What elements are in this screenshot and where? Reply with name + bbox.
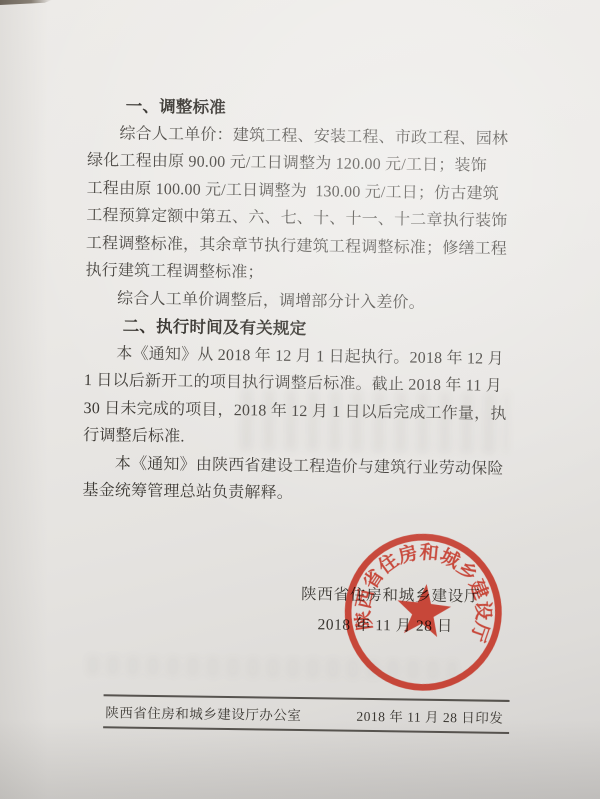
section-2-paragraph-2: 本《通知》由陕西省建设工程造价与建筑行业劳动保险 基金统筹管理总站负责解释。	[82, 449, 515, 510]
footer-issuing-office: 陕西省住房和城乡建设厅办公室	[105, 701, 301, 724]
official-seal: 陕西省住房和城乡建设厅	[330, 519, 516, 705]
paper-sheet: 一、调整标准 综合人工单价：建筑工程、安装工程、市政工程、园林 绿化工程由原 9…	[0, 0, 600, 799]
star-icon	[394, 581, 454, 638]
footer-print-date: 2018 年 11 月 28 日印发	[356, 705, 503, 727]
document-footer: 陕西省住房和城乡建设厅办公室 2018 年 11 月 28 日印发	[103, 694, 509, 734]
section-1-paragraph-1: 综合人工单价：建筑工程、安装工程、市政工程、园林 绿化工程由原 90.00 元/…	[85, 119, 519, 290]
section-2-paragraph-1: 本《通知》从 2018 年 12 月 1 日起执行。2018 年 12 月 1 …	[83, 339, 516, 455]
document-body: 一、调整标准 综合人工单价：建筑工程、安装工程、市政工程、园林 绿化工程由原 9…	[82, 92, 520, 510]
